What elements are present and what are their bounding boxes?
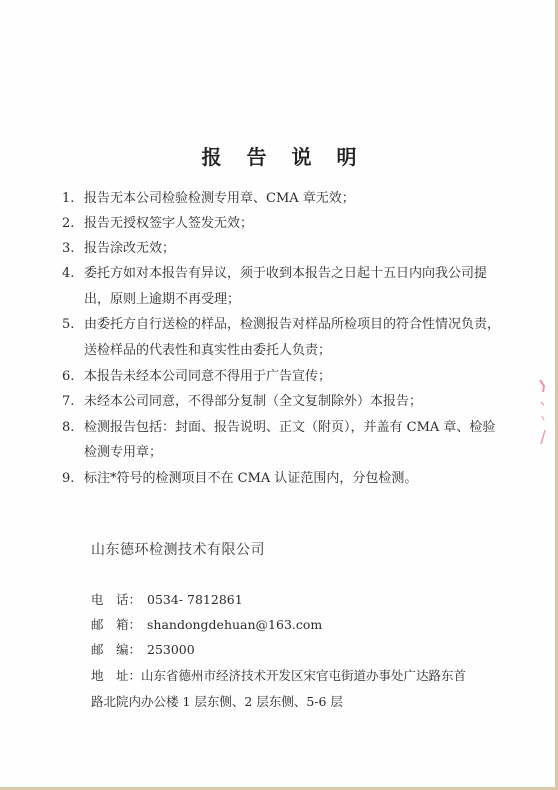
email-label: 邮 箱： (91, 617, 147, 633)
address-value: 山东省德州市经济技术开发区宋官屯街道办事处广达路东首 (141, 668, 466, 683)
contact-address: 地 址：山东省德州市经济技术开发区宋官屯街道办事处广达路东首 (91, 668, 466, 684)
item-number: 3. (62, 241, 82, 257)
item-text: 标注*符号的检测项目不在 CMA 认证范围内，分包检测。 (84, 471, 417, 487)
item-text: 报告无授权签字人签发无效； (84, 216, 253, 232)
item-number: 2. (62, 216, 82, 232)
item-number: 8. (62, 420, 82, 436)
item-text: 报告无本公司检验检测专用章、CMA 章无效； (84, 191, 355, 207)
item-number: 4. (62, 266, 82, 282)
company-name: 山东德环检测技术有限公司 (91, 539, 265, 559)
document-page: 报 告 说 明 1. 报告无本公司检验检测专用章、CMA 章无效； 2. 报告无… (0, 0, 555, 787)
item-text-continued: 出，原则上逾期不再受理； (84, 292, 240, 308)
item-number: 7. (62, 394, 82, 410)
phone-value: 0534- 7812861 (147, 592, 243, 608)
item-text: 未经本公司同意，不得部分复制（全文复制除外）本报告； (84, 394, 422, 410)
postcode-label: 邮 编： (91, 642, 147, 658)
postcode-value: 253000 (147, 642, 195, 658)
item-number: 5. (62, 317, 82, 333)
title-char: 告 (247, 141, 267, 170)
seal-stamp-fragment-icon (538, 378, 548, 448)
item-number: 1. (62, 191, 82, 207)
title-char: 报 (202, 141, 222, 170)
item-text: 检测报告包括：封面、报告说明、正文（附页），并盖有 CMA 章、检验 (84, 420, 495, 436)
item-text: 本报告未经本公司同意不得用于广告宣传； (84, 369, 331, 385)
address-label: 地 址： (91, 668, 141, 683)
phone-label: 电 话： (91, 592, 147, 608)
item-text: 由委托方自行送检的样品，检测报告对样品所检项目的符合性情况负责， (84, 317, 500, 333)
item-text-continued: 检测专用章； (84, 445, 162, 461)
title-char: 说 (291, 141, 311, 170)
item-number: 6. (62, 369, 82, 385)
item-text: 委托方如对本报告有异议，须于收到本报告之日起十五日内向我公司提 (84, 266, 487, 282)
contact-postcode: 邮 编：253000 (91, 642, 195, 658)
contact-email: 邮 箱：shandongdehuan@163.com (91, 617, 322, 633)
address-continued: 路北院内办公楼 1 层东侧、2 层东侧、5-6 层 (91, 694, 343, 710)
page-title: 报 告 说 明 (0, 141, 558, 170)
item-text-continued: 送检样品的代表性和真实性由委托人负责； (84, 343, 331, 359)
title-char: 明 (336, 141, 356, 170)
item-text: 报告涂改无效； (84, 241, 175, 257)
email-value: shandongdehuan@163.com (147, 617, 322, 633)
contact-phone: 电 话：0534- 7812861 (91, 592, 243, 608)
item-number: 9. (62, 471, 82, 487)
